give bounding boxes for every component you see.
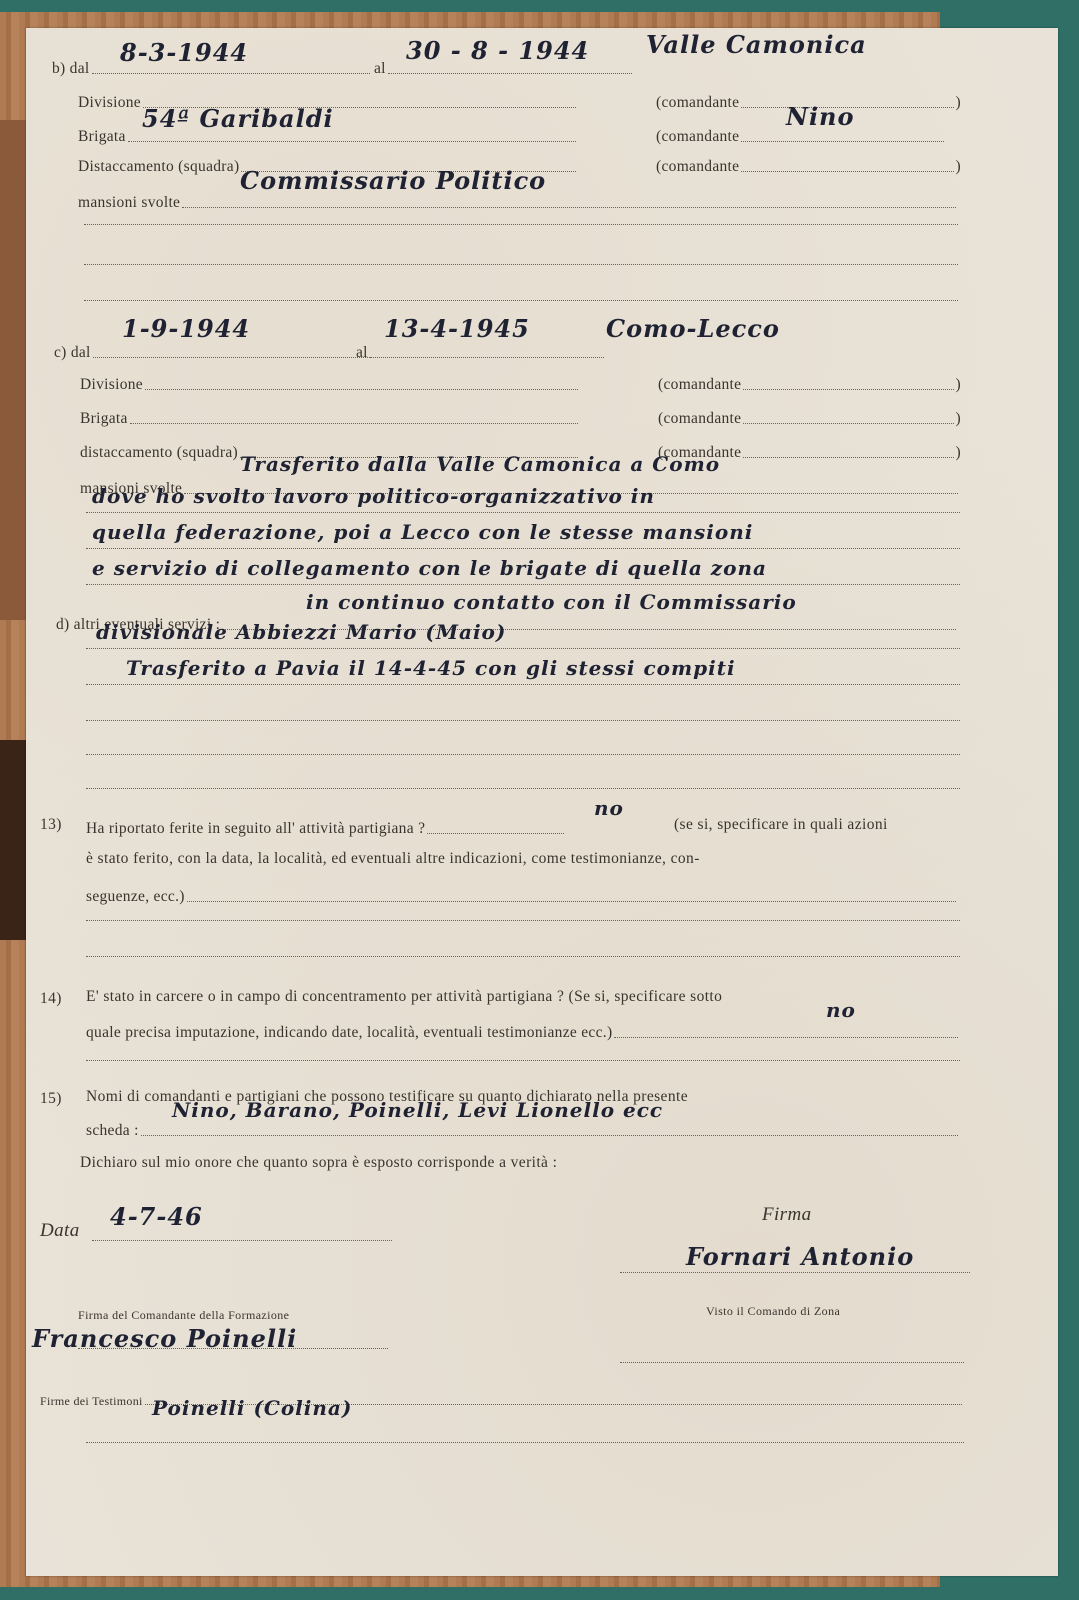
b-mansioni-label: mansioni svolte <box>78 194 180 212</box>
visto-line <box>620 1362 964 1363</box>
b-al-value: 30 - 8 - 1944 <box>406 36 589 65</box>
d-line: divisionale Abbiezzi Mario (Maio) <box>96 620 506 644</box>
visto-label: Visto il Comando di Zona <box>706 1304 840 1319</box>
blank-line <box>84 264 958 265</box>
data-label: Data <box>40 1220 80 1242</box>
b-comandante-dist-row: (comandante) <box>656 158 961 176</box>
q14-line1: E' stato in carcere o in campo di concen… <box>86 988 722 1006</box>
q13-number: 13) <box>40 816 62 834</box>
b-dal-value: 8-3-1944 <box>120 38 248 67</box>
q15-label: scheda : <box>86 1122 139 1140</box>
q13-line1: Ha riportato ferite in seguito all' atti… <box>86 820 566 838</box>
c-divisione-label: Divisione <box>80 376 143 394</box>
c-dal-value: 1-9-1944 <box>122 314 250 343</box>
firma-line <box>620 1272 970 1273</box>
d-line: Trasferito a Pavia il 14-4-45 con gli st… <box>126 656 736 680</box>
q14-answer: no <box>826 998 856 1022</box>
b-divisione-label: Divisione <box>78 94 141 112</box>
comandante-label: (comandante <box>658 410 741 428</box>
c-brigata-label: Brigata <box>80 410 128 428</box>
b-mansioni-value: Commissario Politico <box>240 166 546 195</box>
q14-line2: quale precisa imputazione, indicando dat… <box>86 1024 960 1042</box>
c-distaccamento-label: distaccamento (squadra) <box>80 444 238 462</box>
comandante-label: (comandante <box>658 376 741 394</box>
firma-comandante-label: Firma del Comandante della Formazione <box>78 1308 289 1323</box>
b-al-label: al <box>374 60 386 78</box>
c-mansioni-line: quella federazione, poi a Lecco con le s… <box>92 520 753 544</box>
dark-strip <box>0 740 28 940</box>
b-brigata-value: 54ª Garibaldi <box>142 104 334 133</box>
blank-line <box>86 720 960 721</box>
firma-label: Firma <box>762 1204 812 1226</box>
close-paren: ) <box>956 376 961 394</box>
c-comandante-div-row: (comandante) <box>658 376 961 394</box>
d-line: in continuo contatto con il Commissario <box>306 590 797 614</box>
blank-line <box>86 512 960 513</box>
c-mansioni-line: dove ho svolto lavoro politico-organizza… <box>92 484 655 508</box>
firma-testimone-signature: Poinelli (Colina) <box>152 1396 352 1420</box>
q13-line1b: (se si, specificare in quali azioni <box>674 816 888 834</box>
close-paren: ) <box>956 410 961 428</box>
c-mansioni-line: e servizio di collegamento con le brigat… <box>92 556 767 580</box>
c-al-value: 13-4-1945 <box>384 314 530 343</box>
q15-number: 15) <box>40 1090 62 1108</box>
close-paren: ) <box>956 94 961 112</box>
b-mansioni-row: mansioni svolte <box>78 194 958 212</box>
c-dal-label: c) dal <box>54 344 91 362</box>
c-mansioni-line: Trasferito dalla Valle Camonica a Como <box>240 452 720 476</box>
q13-line3-text: seguenze, ecc.) <box>86 888 185 906</box>
data-value: 4-7-46 <box>110 1202 203 1231</box>
form-sheet: b) dal 8-3-1944 al 30 - 8 - 1944 Valle C… <box>26 28 1058 1576</box>
q15-answer: Nino, Barano, Poinelli, Levi Lionello ec… <box>172 1098 663 1122</box>
q13-answer: no <box>594 796 624 820</box>
c-al-label: al <box>356 344 368 362</box>
data-line <box>92 1240 392 1241</box>
b-dal-label: b) dal <box>52 60 90 78</box>
blank-line <box>86 1060 960 1061</box>
q14-line2-text: quale precisa imputazione, indicando dat… <box>86 1024 612 1042</box>
b-brigata-label: Brigata <box>78 128 126 146</box>
q13-line2: è stato ferito, con la data, la località… <box>86 850 700 868</box>
c-divisione-row: Divisione <box>80 376 580 394</box>
blank-line <box>86 1442 964 1443</box>
c-location: Como-Lecco <box>606 314 780 343</box>
close-paren: ) <box>956 444 961 462</box>
b-distaccamento-label: Distaccamento (squadra) <box>78 158 239 176</box>
blank-line <box>86 648 960 649</box>
b-comandante-brig-value: Nino <box>786 102 855 131</box>
c-dal-row: c) dal <box>54 344 374 362</box>
blank-line <box>86 920 960 921</box>
b-location: Valle Camonica <box>646 30 867 59</box>
blank-line <box>86 788 960 789</box>
blank-line <box>84 300 958 301</box>
wooden-strip <box>0 120 28 620</box>
blank-line <box>86 754 960 755</box>
firme-testimoni-label: Firme dei Testimoni <box>40 1394 143 1409</box>
blank-line <box>86 548 960 549</box>
declaration: Dichiaro sul mio onore che quanto sopra … <box>80 1154 557 1172</box>
c-comandante-brig-row: (comandante) <box>658 410 961 428</box>
comandante-label: (comandante <box>656 128 739 146</box>
c-brigata-row: Brigata <box>80 410 580 428</box>
blank-line <box>86 584 960 585</box>
c-al-row: al <box>356 344 606 362</box>
blank-line <box>84 224 958 225</box>
firma-signature: Fornari Antonio <box>686 1242 914 1271</box>
comandante-label: (comandante <box>656 94 739 112</box>
blank-line <box>86 684 960 685</box>
q13-line3: seguenze, ecc.) <box>86 888 958 906</box>
comandante-label: (comandante <box>656 158 739 176</box>
blank-line <box>86 956 960 957</box>
q14-number: 14) <box>40 990 62 1008</box>
q15-scheda-row: scheda : <box>86 1122 960 1140</box>
firma-comandante-signature: Francesco Poinelli <box>32 1324 297 1353</box>
close-paren: ) <box>956 158 961 176</box>
q13-question: Ha riportato ferite in seguito all' atti… <box>86 820 425 838</box>
